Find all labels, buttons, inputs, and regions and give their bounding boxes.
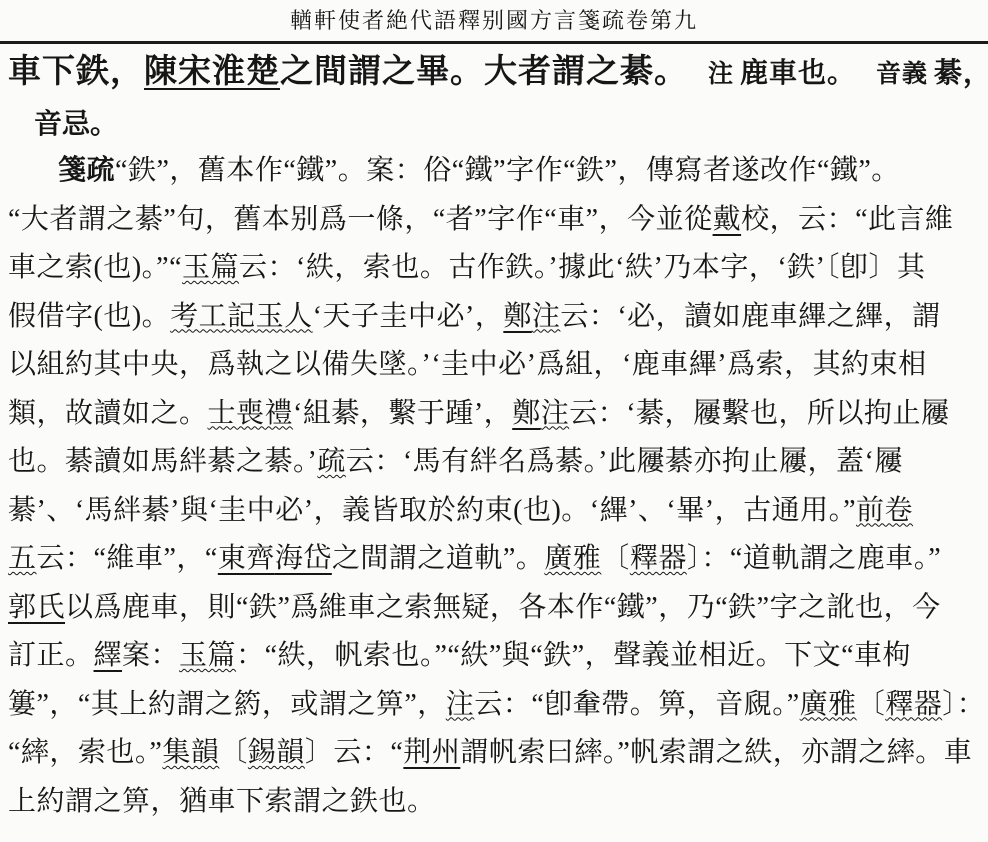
section-header: 箋疏 xyxy=(58,155,115,186)
proper-name-underlined: 繹 xyxy=(94,640,123,671)
text-segment: ‘天子圭中必’， xyxy=(313,301,504,332)
text-segment: 校，云：“此言維 xyxy=(741,204,953,235)
book-title-wavy-underlined: 五 xyxy=(8,543,37,574)
book-title-wavy-underlined: 廣雅 xyxy=(544,543,601,574)
text-segment: 〔 xyxy=(219,737,248,768)
proper-name-underlined: 海岱 xyxy=(275,543,332,574)
book-title-wavy-underlined: 集韻 xyxy=(162,737,219,768)
commentary-line: 假借字(也)。考工記玉人‘天子圭中必’，鄭注云：‘必，讀如鹿車縪之縪，謂 xyxy=(8,293,980,342)
proper-name-underlined: 郭氏 xyxy=(8,592,65,623)
text-segment: 〔 xyxy=(857,689,886,720)
text-segment: ‘組綦，繫于踵’， xyxy=(293,398,512,429)
text-segment: 〕： xyxy=(942,689,980,720)
commentary-line: “繂，索也。”集韻〔錫韻〕云：“荆州謂帆索曰繂。”帆索謂之紩，亦謂之繂。車 xyxy=(8,729,980,778)
commentary-line: 綦’、‘馬絆綦’與‘圭中必’，義皆取於約束(也)。‘縪’、‘畢’，古通用。”前卷 xyxy=(8,487,980,536)
book-title-wavy-underlined: 考工記玉人 xyxy=(170,301,313,332)
text-segment: 案： xyxy=(122,640,179,671)
proper-name-underlined: 鄭 xyxy=(503,301,532,332)
book-title-wavy-underlined: 注 xyxy=(541,398,570,429)
book-title-wavy-underlined: 疏 xyxy=(317,446,346,477)
gloss-text: 鹿車也。 xyxy=(740,58,856,89)
book-title-wavy-underlined: 廣雅 xyxy=(800,689,857,720)
commentary-line: 簍”，“其上約謂之箹，或謂之箅”，注云：“卽軬帶。箅，音覛。”廣雅〔釋器〕： xyxy=(8,681,980,730)
text-segment: “大者謂之綦”句，舊本别爲一條，“者”字作“車”，今並從 xyxy=(8,204,713,235)
text-segment: 綦’、‘馬絆綦’與‘圭中必’，義皆取於約束(也)。‘縪’、‘畢’，古通用。” xyxy=(8,495,856,526)
gloss-label: 音義 xyxy=(876,61,928,88)
text-segment: 假借字(也)。 xyxy=(8,301,170,332)
text-segment: 云：‘綦，屨繫也，所以拘止屨 xyxy=(569,398,949,429)
text-segment: 云：“維車”，“ xyxy=(37,543,218,574)
text-segment: 云：‘馬有絆名爲綦。’此屨綦亦拘止屨，蓋‘屨 xyxy=(346,446,903,477)
commentary-line: 郭氏以爲鹿車，則“鉄”爲維車之索無疑，各本作“鐵”，乃“鉄”字之訛也，今 xyxy=(8,584,980,633)
book-page: 輶軒使者絶代語釋别國方言箋疏卷第九 車下鉄，陳宋淮楚之間謂之畢。大者謂之綦。注鹿… xyxy=(0,0,988,842)
book-title-wavy-underlined: 士喪禮 xyxy=(208,398,294,429)
text-segment: 訂正。 xyxy=(8,640,94,671)
text-segment: 也。綦讀如馬絆綦之綦。’ xyxy=(8,446,317,477)
text-segment: “鉄”，舊本作“鐵”。案：俗“鐵”字作“鉄”，傳寫者遂改作“鐵”。 xyxy=(115,155,900,186)
text-segment: 車之索(也)。”“ xyxy=(8,252,182,283)
commentary-line: 以組約其中央，爲執之以備失墜。’‘圭中必’爲組，‘鹿車縪’爲索，其約束相 xyxy=(8,341,980,390)
commentary-line: “大者謂之綦”句，舊本别爲一條，“者”字作“車”，今並從戴校，云：“此言維 xyxy=(8,196,980,245)
text-segment: 簍”，“其上約謂之箹，或謂之箅”， xyxy=(8,689,446,720)
book-title-wavy-underlined: 注 xyxy=(532,301,561,332)
book-title-wavy-underlined: 玉篇 xyxy=(182,252,239,283)
gloss-text: 綦， xyxy=(934,58,980,89)
page-title: 輶軒使者絶代語釋别國方言箋疏卷第九 xyxy=(0,6,988,36)
proper-name-underlined: 陳宋淮楚 xyxy=(144,54,280,90)
book-title-wavy-underlined: 釋器 xyxy=(630,543,687,574)
text-segment: 云：‘必，讀如鹿車縪之縪，謂 xyxy=(560,301,940,332)
book-title-wavy-underlined: 前卷 xyxy=(856,495,913,526)
text-segment: 云：“卽軬帶。箅，音覛。” xyxy=(474,689,799,720)
text-segment: 之間謂之道軌”。 xyxy=(332,543,544,574)
commentary-line: 箋疏“鉄”，舊本作“鐵”。案：俗“鐵”字作“鉄”，傳寫者遂改作“鐵”。 xyxy=(8,147,980,196)
text-segment: 以爲鹿車，則“鉄”爲維車之索無疑，各本作“鐵”，乃“鉄”字之訛也，今 xyxy=(65,592,941,623)
text-segment: ：“紩，帆索也。”“紩”與“鉄”，聲義並相近。下文“車枸 xyxy=(236,640,911,671)
proper-name-underlined: 鄭 xyxy=(512,398,541,429)
commentary-line: 訂正。繹案：玉篇：“紩，帆索也。”“紩”與“鉄”，聲義並相近。下文“車枸 xyxy=(8,632,980,681)
commentary-line: 類，故讀如之。士喪禮‘組綦，繫于踵’，鄭注云：‘綦，屨繫也，所以拘止屨 xyxy=(8,390,980,439)
text-segment: 類，故讀如之。 xyxy=(8,398,208,429)
text-segment: 車下鉄， xyxy=(8,54,144,90)
book-title-wavy-underlined: 釋器 xyxy=(885,689,942,720)
commentary-line: 也。綦讀如馬絆綦之綦。’疏云：‘馬有絆名爲綦。’此屨綦亦拘止屨，蓋‘屨 xyxy=(8,438,980,487)
gloss-label: 注 xyxy=(708,61,734,88)
text-segment: 上約謂之箅，猶車下索謂之鉄也。 xyxy=(8,786,436,817)
commentary-line: 車之索(也)。”“玉篇云：‘紩，索也。古作鉄。’據此‘紩’乃本字，‘鉄’〔卽〕其 xyxy=(8,244,980,293)
text-segment: 以組約其中央，爲執之以備失墜。’‘圭中必’爲組，‘鹿車縪’爲索，其約束相 xyxy=(8,349,927,380)
proper-name-underlined: 東齊 xyxy=(218,543,275,574)
proper-name-underlined: 荆州 xyxy=(403,737,460,768)
commentary-line: 五云：“維車”，“東齊海岱之間謂之道軌”。廣雅〔釋器〕：“道軌謂之鹿車。” xyxy=(8,535,980,584)
text-segment: 云：‘紩，索也。古作鉄。’據此‘紩’乃本字，‘鉄’〔卽〕其 xyxy=(239,252,925,283)
text-segment: 〕云：“ xyxy=(305,737,403,768)
text-segment: “繂，索也。” xyxy=(8,737,162,768)
text-body: 車下鉄，陳宋淮楚之間謂之畢。大者謂之綦。注鹿車也。音義綦，音忌。箋疏“鉄”，舊本… xyxy=(0,44,988,826)
text-segment: 之間謂之畢。大者謂之綦。 xyxy=(280,54,688,90)
proper-name-underlined: 戴 xyxy=(713,204,742,235)
sound-gloss-continuation: 音忌。 xyxy=(8,103,980,147)
book-title-wavy-underlined: 玉篇 xyxy=(179,640,236,671)
commentary-line: 上約謂之箅，猶車下索謂之鉄也。 xyxy=(8,778,980,827)
book-title-wavy-underlined: 注 xyxy=(446,689,475,720)
text-segment: 〕：“道軌謂之鹿車。” xyxy=(687,543,941,574)
fangyan-entry-line: 車下鉄，陳宋淮楚之間謂之畢。大者謂之綦。注鹿車也。音義綦， xyxy=(8,44,980,103)
text-segment: 〔 xyxy=(601,543,630,574)
text-segment: 謂帆索曰繂。”帆索謂之紩，亦謂之繂。車 xyxy=(460,737,972,768)
gloss-text: 音忌。 xyxy=(34,109,118,140)
book-title-wavy-underlined: 錫韻 xyxy=(248,737,305,768)
